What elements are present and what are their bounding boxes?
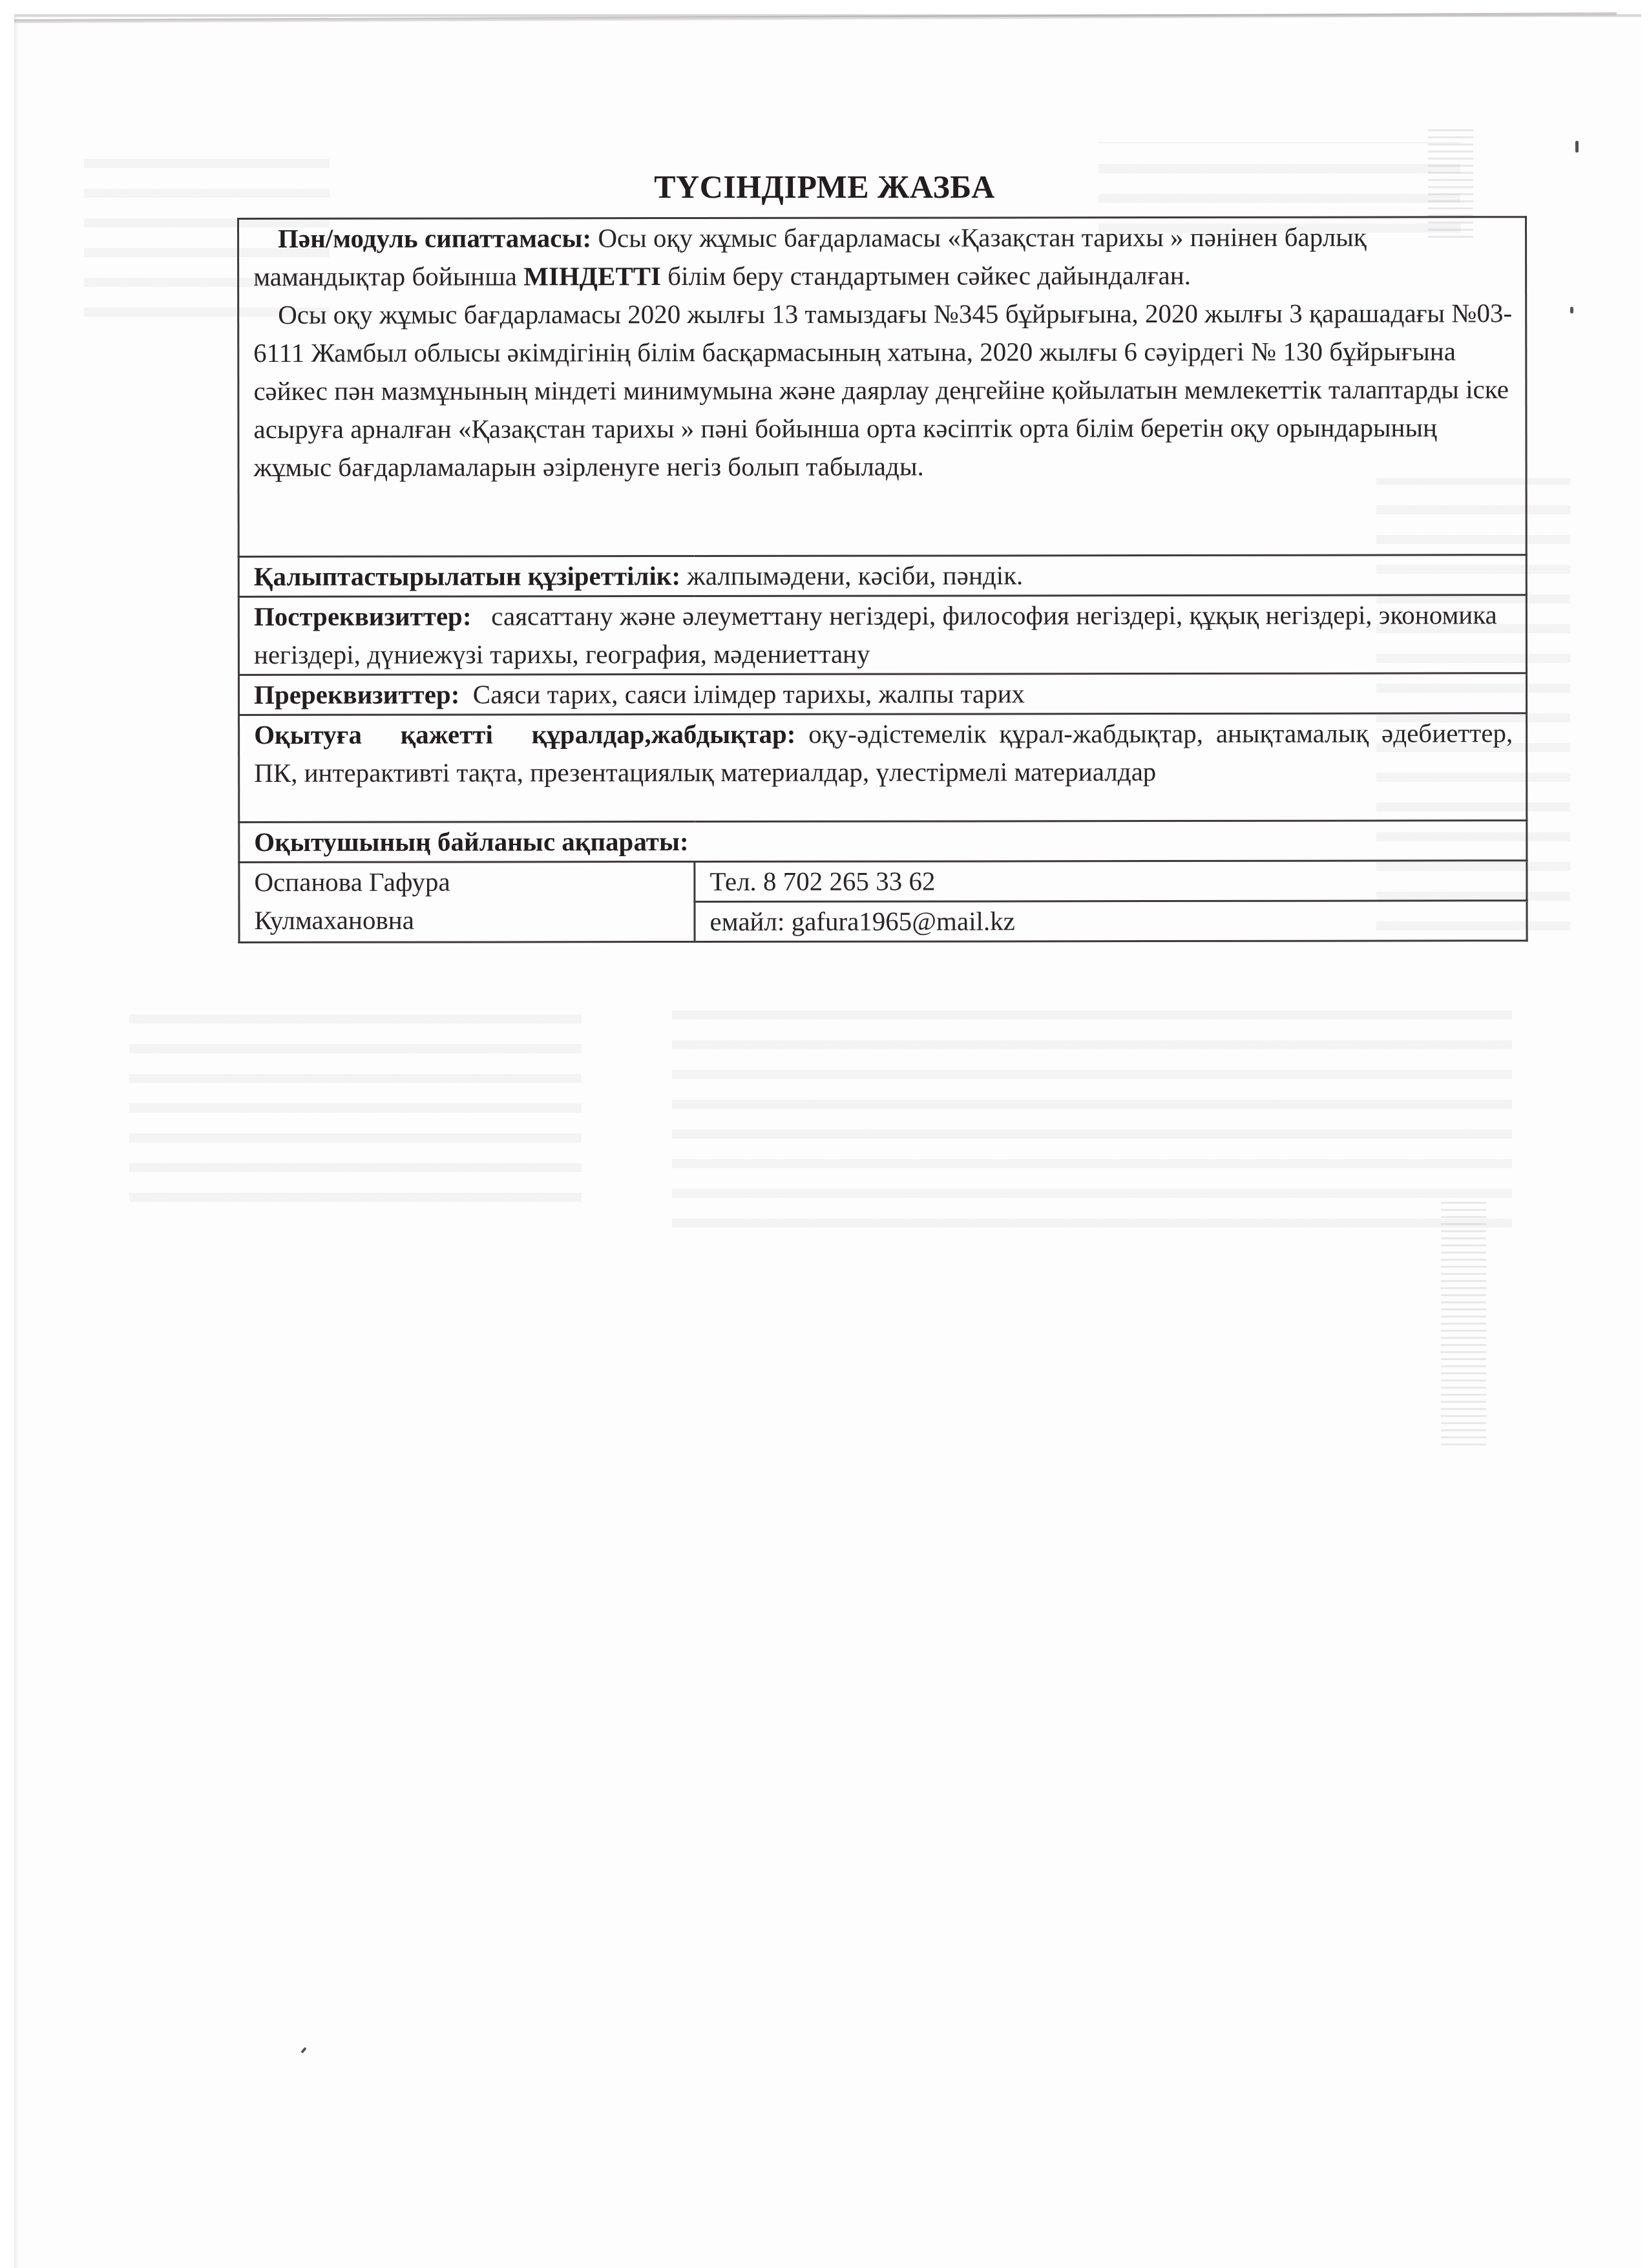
teacher-name-line-1: Оспанова Гафура — [254, 863, 680, 901]
teacher-name-cell: Оспанова Гафура Кулмахановна — [239, 862, 695, 943]
document-title: ТҮСІНДІРМЕ ЖАЗБА — [0, 168, 1649, 205]
equipment-label: Оқытуға қажетті құралдар,жабдықтар: — [254, 719, 795, 750]
syllabus-info-table: Пән/модуль сипаттамасы: Осы оқу жұмыс ба… — [237, 216, 1528, 943]
scanner-mark — [1570, 307, 1573, 313]
equipment-cell: Оқытуға қажетті құралдар,жабдықтар: оқу-… — [239, 713, 1527, 823]
contact-label: Оқытушының байланыс ақпараты: — [254, 826, 688, 857]
description-paragraph-1: Пән/модуль сипаттамасы: Осы оқу жұмыс ба… — [253, 218, 1512, 296]
scanner-mark — [1575, 141, 1579, 152]
phone-cell: Тел. 8 702 265 33 62 — [695, 861, 1527, 902]
prerequisites-row: Пререквизиттер: Саяси тарих, саяси ілімд… — [238, 673, 1526, 715]
teacher-name-line-2: Кулмахановна — [254, 901, 680, 940]
competence-cell: Қалыптастырылатын құзіреттілік: жалпымәд… — [238, 555, 1526, 597]
equipment-row: Оқытуға қажетті құралдар,жабдықтар: оқу-… — [239, 713, 1527, 823]
postrequisites-label: Постреквизиттер: — [254, 601, 472, 631]
description-cell: Пән/модуль сипаттамасы: Осы оқу жұмыс ба… — [238, 217, 1527, 557]
postrequisites-row: Постреквизиттер: саясаттану және әлеумет… — [238, 595, 1526, 675]
competence-label: Қалыптастырылатын құзіреттілік: — [254, 561, 680, 591]
mandatory-emphasis: МІНДЕТТІ — [523, 261, 661, 291]
description-label: Пән/модуль сипаттамасы: — [278, 223, 591, 253]
postrequisites-cell: Постреквизиттер: саясаттану және әлеумет… — [238, 595, 1526, 675]
competence-text: жалпымәдени, кәсіби, пәндік. — [680, 560, 1023, 591]
contact-header-row: Оқытушының байланыс ақпараты: — [239, 821, 1527, 863]
contact-phone-row: Оспанова Гафура Кулмахановна Тел. 8 702 … — [239, 861, 1527, 903]
description-text-2: білім беру стандартымен сәйкес дайындалғ… — [661, 260, 1191, 291]
email-cell: емайл: gafura1965@mail.kz — [695, 901, 1527, 942]
description-paragraph-2: Осы оқу жұмыс бағдарламасы 2020 жылғы 13… — [253, 294, 1512, 487]
description-paragraph-2-text: Осы оқу жұмыс бағдарламасы 2020 жылғы 13… — [253, 298, 1512, 482]
contact-header-cell: Оқытушының байланыс ақпараты: — [239, 821, 1527, 863]
prerequisites-text: Саяси тарих, саяси ілімдер тарихы, жалпы… — [459, 678, 1025, 709]
email-address: емайл: gafura1965@mail.kz — [709, 906, 1014, 936]
prerequisites-label: Пререквизиттер: — [254, 680, 459, 709]
description-row: Пән/модуль сипаттамасы: Осы оқу жұмыс ба… — [238, 217, 1527, 557]
phone-number: Тел. 8 702 265 33 62 — [709, 866, 935, 896]
prerequisites-cell: Пререквизиттер: Саяси тарих, саяси ілімд… — [238, 673, 1526, 715]
competence-row: Қалыптастырылатын құзіреттілік: жалпымәд… — [238, 555, 1526, 597]
